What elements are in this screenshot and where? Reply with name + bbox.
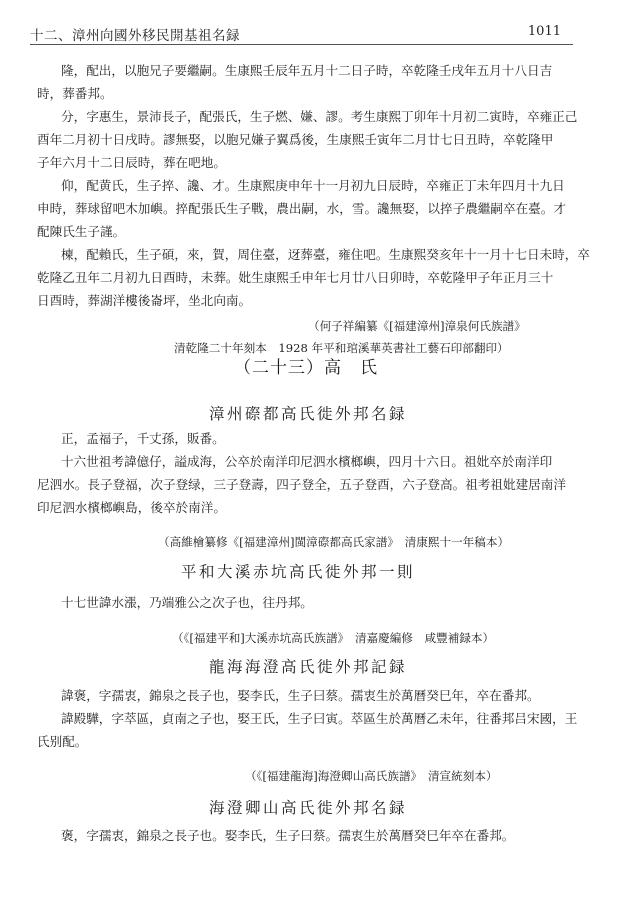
source-citation: （高維檜纂修《[福建漳州]閩漳磜都高氏家譜》 清康熙十一年稿本） xyxy=(158,534,509,550)
paragraph-line: 尼泗水。長子登福，次子登绿，三子登壽，四子登全，五子登酉，六子登高。祖考祖妣建居… xyxy=(37,477,566,493)
section-heading: （二十三）高 氏 xyxy=(0,353,620,378)
paragraph-line: 申時，葬球留吧木加嶼。捽配張氏生子戰，農出嗣，水，雪。讒無娶，以捽子農繼嗣卒在臺… xyxy=(37,201,566,217)
paragraph-line: 正，孟福子，千丈孫，販番。 xyxy=(61,431,225,447)
paragraph-line: 乾隆乙丑年二月初九日酉時，未葬。妣生康熙壬申年七月廿八日卯時，卒乾隆甲子年正月三… xyxy=(37,270,553,286)
subsection-heading: 平和大溪赤坑高氏徙外邦一則 xyxy=(0,560,612,582)
paragraph-line: 隆，配出，以胞兄子要繼嗣。生康熙壬辰年五月十二日子時，卒乾隆壬戌年五月十八日吉 xyxy=(61,63,552,79)
paragraph-line: 時，葬番邦。 xyxy=(37,86,113,102)
paragraph-line: 諱褒，字孺衷，錦泉之長子也，娶李氏，生子曰蔡。孺衷生於萬曆癸巳年，卒在番邦。 xyxy=(61,688,540,704)
paragraph-line: 子年六月十二日辰時，葬在吧地。 xyxy=(37,155,226,171)
paragraph-line: 印尼泗水檳榔嶼島，後卒於南洋。 xyxy=(37,500,226,516)
source-citation: （《[福建平和]大溪赤坑高氏族譜》 清嘉慶編修 咸豐補録本） xyxy=(172,630,494,646)
paragraph-line: 十七世諱水漲，乃端雅公之次子也，往丹邦。 xyxy=(61,595,313,611)
source-citation: （何子祥編纂《[福建漳州]漳泉何氏族譜》 xyxy=(308,318,526,334)
paragraph-line: 日酉時，葬湖洋樓後崙坪，坐北向南。 xyxy=(37,293,251,309)
source-citation: （《[福建龍海]海澄卿山高氏族譜》 清宣統刻本） xyxy=(245,768,498,784)
paragraph-line: 褒，字孺衷，錦泉之長子也。娶李氏，生子曰蔡。孺衷生於萬曆癸巳年卒在番邦。 xyxy=(61,828,514,844)
paragraph-line: 十六世祖考諱億仔，謚成海，公卒於南洋印尼泗水檳榔嶼，四月十六日。祖妣卒於南洋印 xyxy=(61,454,552,470)
paragraph-line: 分，字惠生，景沛長子，配張氏，生子燃、嫌、謬。考生康熙丁卯年十月初二寅時，卒雍正… xyxy=(61,109,577,125)
page-number: 1011 xyxy=(528,24,561,39)
paragraph-line: 配陳氏生子謹。 xyxy=(37,224,125,240)
subsection-heading: 漳州磜都高氏徙外邦名録 xyxy=(0,402,622,424)
subsection-heading: 龍海海澄高氏徙外邦記録 xyxy=(0,655,622,677)
running-header: 十二、漳州向國外移民開基祖名録 1011 xyxy=(30,20,573,45)
paragraph-line: 氏别配。 xyxy=(37,734,87,750)
subsection-heading: 海澄卿山高氏徙外邦名録 xyxy=(0,796,622,818)
paragraph-line: 仰，配黄氏，生子捽、讒、才。生康熙庚申年十一月初九日辰時，卒雍正丁未年四月十九日 xyxy=(61,178,565,194)
paragraph-line: 楝，配賴氏，生子碩，來，賀，周住臺，迓葬臺，雍住吧。生康熙癸亥年十一月十七日未時… xyxy=(61,247,590,263)
chapter-title: 十二、漳州向國外移民開基祖名録 xyxy=(30,24,240,44)
paragraph-line: 酉年二月初十日戌時。謬無娶，以胞兄嫌子翼爲後，生康熙壬寅年二月廿七日丑時，卒乾隆… xyxy=(37,132,553,148)
paragraph-line: 諱殿驊，字萃區，貞南之子也，娶王氏，生子曰寅。萃區生於萬曆乙未年，往番邦吕宋國，… xyxy=(61,711,577,727)
